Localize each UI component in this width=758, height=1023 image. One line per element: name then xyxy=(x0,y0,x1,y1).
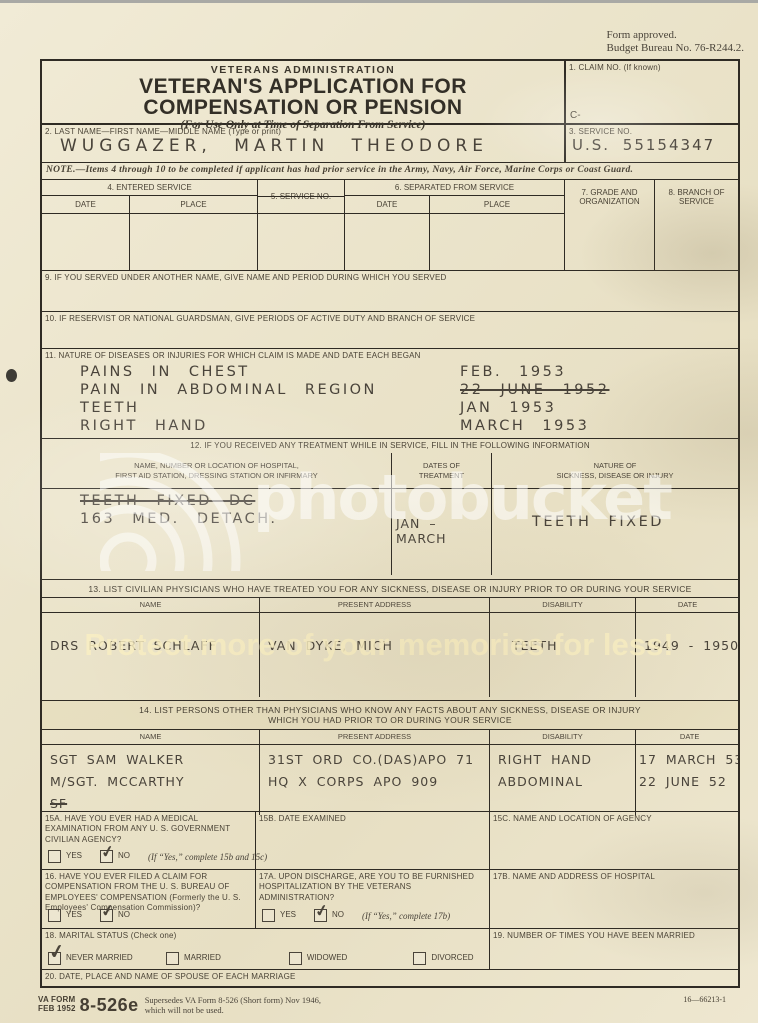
item19-label: 19. NUMBER OF TIMES YOU HAVE BEEN MARRIE… xyxy=(490,929,738,943)
item17b-cell: 17B. NAME AND ADDRESS OF HOSPITAL xyxy=(490,870,738,928)
item20-label: 20. DATE, PLACE AND NAME OF SPOUSE OF EA… xyxy=(42,970,738,984)
name-col-header: NAME xyxy=(42,598,260,613)
nature-handwritten: TEETH FIXED xyxy=(532,514,738,530)
physician-name-handwritten: DRS ROBERT SCHLAFF xyxy=(42,635,259,657)
item15-row: 15A. HAVE YOU EVER HAD A MEDICAL EXAMINA… xyxy=(42,812,738,870)
date-handwritten: FEB. 1953 xyxy=(460,363,738,381)
name-col-header: NAME xyxy=(42,730,260,745)
nature-col-header: NATURE OFSICKNESS, DISEASE OR INJURY xyxy=(492,453,738,489)
item20-section: 20. DATE, PLACE AND NAME OF SPOUSE OF EA… xyxy=(42,970,738,988)
form-title-line1: VETERAN'S APPLICATION FOR xyxy=(42,76,564,97)
hospital-handwritten: 163 MED. DETACH. xyxy=(80,511,391,527)
item14-label: 14. LIST PERSONS OTHER THAN PHYSICIANS W… xyxy=(42,701,738,730)
item15c-cell: 15C. NAME AND LOCATION OF AGENCY xyxy=(490,812,738,869)
item13-table: NAME PRESENT ADDRESS DISABILITY DATE DRS… xyxy=(42,598,738,697)
witness-address-cell: 31ST ORD CO.(DAS)APO 71 HQ X CORPS APO 9… xyxy=(260,745,490,815)
witness-address-handwritten: HQ X CORPS APO 909 xyxy=(260,771,489,793)
condition-handwritten: PAIN IN ABDOMINAL REGION xyxy=(80,381,460,399)
va-form-id: VA FORM FEB 1952 xyxy=(38,995,76,1013)
item12-label: 12. IF YOU RECEIVED ANY TREATMENT WHILE … xyxy=(42,439,738,453)
item11-section: 11. NATURE OF DISEASES OR INJURIES FOR W… xyxy=(42,349,738,439)
checkbox-icon xyxy=(262,909,275,922)
dates-col-header: DATES OFTREATMENT xyxy=(392,453,492,489)
physician-disability-handwritten: TEETH xyxy=(490,635,635,657)
item17a-yes-checkbox[interactable]: YES xyxy=(262,909,296,922)
empty-cell xyxy=(42,214,130,270)
disability-col-header: DISABILITY xyxy=(490,598,636,613)
item16-cell: 16. HAVE YOU EVER FILED A CLAIM FOR COMP… xyxy=(42,870,256,928)
item15b-cell: 15B. DATE EXAMINED xyxy=(256,812,490,869)
item15a-no-checkbox[interactable]: ✓ NO xyxy=(100,850,130,863)
item10-section: 10. IF RESERVIST OR NATIONAL GUARDSMAN, … xyxy=(42,312,738,349)
condition-handwritten: RIGHT HAND xyxy=(80,417,460,435)
witness-date-handwritten: 22 JUNE 52 xyxy=(636,771,740,793)
scanned-paper: Form approved. Budget Bureau No. 76-R244… xyxy=(0,3,758,1023)
condition-handwritten: TEETH xyxy=(80,399,460,417)
marital-never-married-checkbox[interactable]: ✓ NEVER MARRIED xyxy=(48,952,110,965)
name-value-handwritten: WUGGAZER, MARTIN THEODORE xyxy=(60,136,488,156)
service-no-field: 3. SERVICE NO. U.S. 55154347 xyxy=(564,125,738,162)
item18-19-row: 18. MARITAL STATUS (Check one) ✓ NEVER M… xyxy=(42,929,738,970)
claim-no-box: 1. CLAIM NO. (If known) C- xyxy=(564,61,738,123)
item11-entry: TEETH JAN 1953 xyxy=(42,399,738,417)
item17a-hint: (If “Yes,” complete 17b) xyxy=(362,911,450,921)
physician-name-cell: DRS ROBERT SCHLAFF xyxy=(42,613,260,697)
separated-service-header: 6. SEPARATED FROM SERVICE xyxy=(345,180,565,196)
form-number: 8-526e xyxy=(80,995,139,1016)
condition-handwritten: PAINS IN CHEST xyxy=(80,363,460,381)
dates-cell: JAN – MARCH xyxy=(392,489,492,575)
item15c-label: 15C. NAME AND LOCATION OF AGENCY xyxy=(490,812,738,826)
witness-disability-cell: RIGHT HAND ABDOMINAL xyxy=(490,745,636,815)
item11-entry: PAIN IN ABDOMINAL REGION 22 JUNE 1952 xyxy=(42,381,738,399)
item11-entry: PAINS IN CHEST FEB. 1953 xyxy=(42,363,738,381)
supersedes-note: Supersedes VA Form 8-526 (Short form) No… xyxy=(145,995,321,1015)
item16-no-checkbox[interactable]: ✓ NO xyxy=(100,909,130,922)
witness-name-handwritten: M/SGT. MCCARTHY xyxy=(42,771,259,793)
entered-date-subheader: DATE xyxy=(42,196,130,214)
witness-name-handwritten: SGT SAM WALKER xyxy=(42,749,259,771)
physician-date-handwritten: 1949 - 1950 xyxy=(636,635,739,657)
physician-address-handwritten: VAN DYKE, MICH xyxy=(260,635,489,657)
grade-org-header: 7. GRADE AND ORGANIZATION xyxy=(565,180,655,214)
empty-cell xyxy=(430,214,565,270)
hospital-cell: TEETH FIXED DC 163 MED. DETACH. xyxy=(42,489,392,575)
form-header-row: VETERANS ADMINISTRATION VETERAN'S APPLIC… xyxy=(42,61,738,125)
name-field: 2. LAST NAME—FIRST NAME—MIDDLE NAME (Typ… xyxy=(42,125,564,162)
empty-cell xyxy=(345,214,430,270)
struck-entry-handwritten: TEETH FIXED DC xyxy=(80,493,391,509)
witness-date-cell: 17 MARCH 53 22 JUNE 52 xyxy=(636,745,740,815)
checkbox-icon: ✓ xyxy=(100,909,113,922)
item19-cell: 19. NUMBER OF TIMES YOU HAVE BEEN MARRIE… xyxy=(490,929,738,969)
item17a-cell: 17A. UPON DISCHARGE, ARE YOU TO BE FURNI… xyxy=(256,870,490,928)
item17b-label: 17B. NAME AND ADDRESS OF HOSPITAL xyxy=(490,870,738,884)
empty-cell xyxy=(258,196,345,214)
checkbox-icon xyxy=(48,850,61,863)
item17a-label: 17A. UPON DISCHARGE, ARE YOU TO BE FURNI… xyxy=(256,870,489,905)
witness-disability-handwritten: ABDOMINAL xyxy=(490,771,635,793)
service-no-value-handwritten: U.S. 55154347 xyxy=(572,136,715,154)
form-approved-note: Form approved. Budget Bureau No. 76-R244… xyxy=(607,29,744,54)
physician-disability-cell: TEETH xyxy=(490,613,636,697)
item16-yes-checkbox[interactable]: YES xyxy=(48,909,82,922)
note-line: NOTE.—Items 4 through 10 to be completed… xyxy=(42,163,738,180)
item15b-label: 15B. DATE EXAMINED xyxy=(256,812,489,826)
item9-section: 9. IF YOU SERVED UNDER ANOTHER NAME, GIV… xyxy=(42,271,738,312)
item14-table: NAME PRESENT ADDRESS DISABILITY DATE SGT… xyxy=(42,730,738,815)
claim-no-value: C- xyxy=(566,110,738,123)
hole-punch xyxy=(6,369,17,382)
entered-place-subheader: PLACE xyxy=(130,196,258,214)
checkbox-icon xyxy=(289,952,302,965)
empty-cell xyxy=(565,214,655,270)
disability-col-header: DISABILITY xyxy=(490,730,636,745)
checkbox-icon xyxy=(48,909,61,922)
checkbox-icon xyxy=(413,952,426,965)
nature-cell: TEETH FIXED xyxy=(492,489,738,575)
empty-cell xyxy=(258,214,345,270)
item10-label: 10. IF RESERVIST OR NATIONAL GUARDSMAN, … xyxy=(42,312,738,326)
item11-label: 11. NATURE OF DISEASES OR INJURIES FOR W… xyxy=(42,349,738,363)
item9-label: 9. IF YOU SERVED UNDER ANOTHER NAME, GIV… xyxy=(42,271,738,285)
print-code: 16—66213-1 xyxy=(683,995,726,1004)
date-handwritten: MARCH 1953 xyxy=(460,417,738,435)
witness-address-handwritten: 31ST ORD CO.(DAS)APO 71 xyxy=(260,749,489,771)
date-handwritten: JAN 1953 xyxy=(460,399,738,417)
dates-handwritten: JAN – MARCH xyxy=(396,516,491,546)
branch-header: 8. BRANCH OF SERVICE xyxy=(655,180,738,214)
item18-cell: 18. MARITAL STATUS (Check one) ✓ NEVER M… xyxy=(42,929,490,969)
address-col-header: PRESENT ADDRESS xyxy=(260,598,490,613)
item15a-yes-checkbox[interactable]: YES xyxy=(48,850,82,863)
claim-no-label: 1. CLAIM NO. (If known) xyxy=(566,61,738,75)
marital-married-checkbox[interactable]: MARRIED xyxy=(166,952,221,965)
item16-17-row: 16. HAVE YOU EVER FILED A CLAIM FOR COMP… xyxy=(42,870,738,929)
item15a-label: 15A. HAVE YOU EVER HAD A MEDICAL EXAMINA… xyxy=(42,812,255,847)
form-title-block: VETERANS ADMINISTRATION VETERAN'S APPLIC… xyxy=(42,61,564,123)
witness-name-cell: SGT SAM WALKER M/SGT. MCCARTHY SF xyxy=(42,745,260,815)
marital-divorced-checkbox[interactable]: DIVORCED xyxy=(413,952,473,965)
item18-label: 18. MARITAL STATUS (Check one) xyxy=(42,929,489,943)
entered-service-header: 4. ENTERED SERVICE xyxy=(42,180,258,196)
form-title-line2: COMPENSATION OR PENSION xyxy=(42,97,564,118)
item15a-cell: 15A. HAVE YOU EVER HAD A MEDICAL EXAMINA… xyxy=(42,812,256,869)
form-border: VETERANS ADMINISTRATION VETERAN'S APPLIC… xyxy=(40,59,740,988)
date-handwritten-struck: 22 JUNE 1952 xyxy=(460,381,738,399)
checkbox-icon: ✓ xyxy=(314,909,327,922)
item15a-hint: (If “Yes,” complete 15b and 15c) xyxy=(148,852,267,862)
address-col-header: PRESENT ADDRESS xyxy=(260,730,490,745)
form-footer: VA FORM FEB 1952 8-526e Supersedes VA Fo… xyxy=(38,995,740,1016)
empty-cell xyxy=(655,214,738,270)
hospital-col-header: NAME, NUMBER OR LOCATION OF HOSPITAL,FIR… xyxy=(42,453,392,489)
date-col-header: DATE xyxy=(636,598,739,613)
witness-date-handwritten: 17 MARCH 53 xyxy=(636,749,740,771)
checkbox-icon: ✓ xyxy=(100,850,113,863)
marital-widowed-checkbox[interactable]: WIDOWED xyxy=(289,952,347,965)
empty-cell xyxy=(130,214,258,270)
item12-table: NAME, NUMBER OR LOCATION OF HOSPITAL,FIR… xyxy=(42,453,738,575)
checkbox-icon: ✓ xyxy=(48,952,61,965)
pencil-check-icon: ✓ xyxy=(47,940,67,965)
separated-date-subheader: DATE xyxy=(345,196,430,214)
item12-section: 12. IF YOU RECEIVED ANY TREATMENT WHILE … xyxy=(42,439,738,580)
separated-place-subheader: PLACE xyxy=(430,196,565,214)
item13-label: 13. LIST CIVILIAN PHYSICIANS WHO HAVE TR… xyxy=(42,580,738,598)
item14-section: 14. LIST PERSONS OTHER THAN PHYSICIANS W… xyxy=(42,701,738,812)
date-col-header: DATE xyxy=(636,730,740,745)
physician-address-cell: VAN DYKE, MICH xyxy=(260,613,490,697)
witness-disability-handwritten: RIGHT HAND xyxy=(490,749,635,771)
service-history-table: 4. ENTERED SERVICE 5. SERVICE NO. 6. SEP… xyxy=(42,180,738,271)
checkbox-icon xyxy=(166,952,179,965)
item11-entry: RIGHT HAND MARCH 1953 xyxy=(42,417,738,435)
item13-section: 13. LIST CIVILIAN PHYSICIANS WHO HAVE TR… xyxy=(42,580,738,701)
name-row: 2. LAST NAME—FIRST NAME—MIDDLE NAME (Typ… xyxy=(42,125,738,163)
item17a-no-checkbox[interactable]: ✓ NO xyxy=(314,909,344,922)
physician-date-cell: 1949 - 1950 xyxy=(636,613,739,697)
